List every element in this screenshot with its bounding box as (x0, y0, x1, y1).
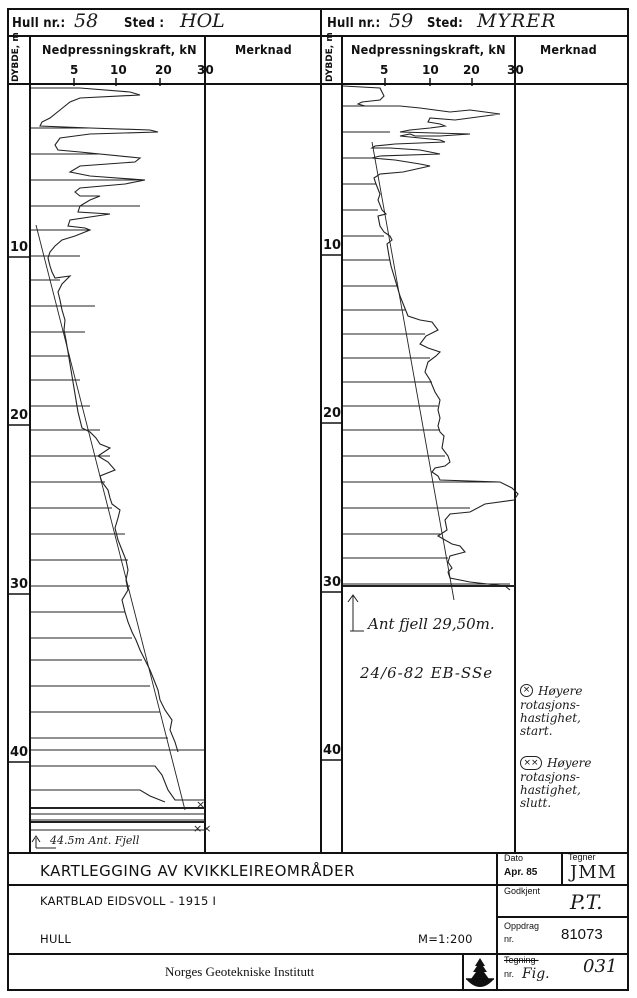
tegner-value: JMM (570, 862, 617, 883)
dato-label: Dato (504, 853, 523, 863)
legend-end-line4: slutt. (520, 797, 628, 810)
oppdrag-nr-label: nr. (504, 934, 514, 944)
godkjent-label: Godkjent (504, 886, 540, 896)
ngi-logo-icon (464, 955, 496, 990)
institute-name: Norges Geotekniske Institutt (165, 964, 314, 980)
oppdrag-label: Oppdrag (504, 921, 539, 931)
tegning-prefix: Fig. (522, 966, 550, 982)
drawing-scale: M=1:200 (418, 932, 473, 946)
right-date-note: 24/6-82 EB-SSe (360, 667, 493, 680)
map-sheet: KARTBLAD EIDSVOLL - 1915 I (40, 894, 216, 908)
legend-start-line1: Høyere (538, 684, 582, 698)
right-legend: × Høyere rotasjons- hastighet, start. ××… (520, 680, 628, 810)
title-row-3-right (496, 916, 629, 918)
right-penetration-trace (0, 0, 637, 998)
tegning-number: 031 (583, 956, 617, 977)
x-circle-icon: × (520, 684, 533, 697)
title-block-right-divider (496, 852, 498, 991)
title-block-top (7, 852, 629, 854)
legend-start-line4: start. (520, 725, 628, 738)
dato-value: Apr. 85 (504, 867, 537, 878)
right-bedrock-note: Ant fjell 29,50m. (368, 618, 495, 631)
tegning-label: Tegning- (504, 955, 539, 965)
project-title: KARTLEGGING AV KVIKKLEIREOMRÅDER (40, 862, 355, 880)
godkjent-signature: P.T. (570, 890, 603, 914)
oppdrag-number: 81073 (561, 926, 603, 943)
legend-item-end: ×× Høyere rotasjons- hastighet, slutt. (520, 752, 628, 810)
legend-item-start: × Høyere rotasjons- hastighet, start. (520, 680, 628, 738)
xx-circle-icon: ×× (520, 756, 542, 770)
drawing-type: HULL (40, 932, 71, 946)
tegning-nr-label: nr. (504, 969, 514, 979)
tegner-divider (561, 852, 563, 884)
legend-end-line1: Høyere (547, 756, 591, 770)
tegner-label: Tegner (568, 852, 596, 862)
